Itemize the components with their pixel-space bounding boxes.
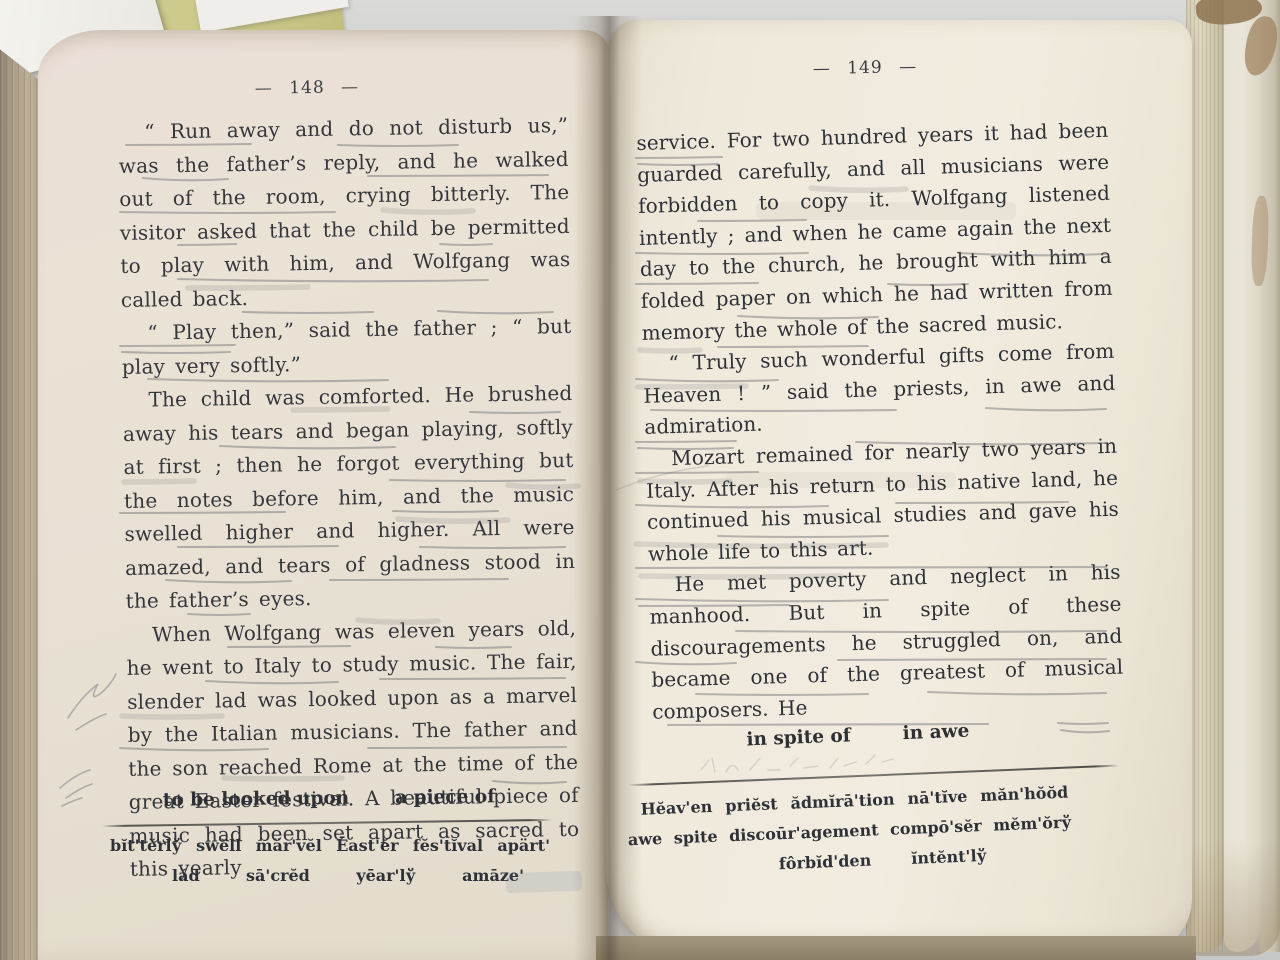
right-page: — 149 — service. For two hundred years i… — [606, 20, 1192, 950]
fore-edge-corner-shade — [1186, 840, 1280, 956]
vocab-word: Hĕav'en — [640, 797, 712, 819]
vocab-row: bĭt'tĕrlў swĕll mär'vĕl Ēast'ĕr fĕs'tĭva… — [110, 836, 550, 855]
phrase-item: to be looked upon — [163, 788, 350, 811]
story-paragraph: “ Run away and do not disturb us,” was t… — [118, 109, 571, 317]
right-page-text: service. For two hundred years it had be… — [636, 115, 1125, 728]
vocab-word: lăd — [172, 866, 200, 885]
left-page: — 148 — “ Run away and do not disturb us… — [38, 30, 608, 960]
vocab-word: swĕll — [196, 836, 241, 855]
vocab-word: ĭntĕnt'lў — [911, 846, 987, 868]
phrase-item: a piece of — [395, 786, 495, 808]
vocab-word: spite — [673, 827, 718, 848]
vocab-word: ădmĭrā'tion — [790, 790, 895, 813]
story-paragraph: Mozart remained for nearly two years in … — [645, 431, 1120, 571]
vocab-word: compō'sĕr — [890, 816, 982, 839]
left-page-text: “ Run away and do not disturb us,” was t… — [118, 109, 580, 886]
vocab-word: mär'vĕl — [256, 836, 322, 855]
story-paragraph: “ Play then,” said the father ; “ but pl… — [121, 310, 572, 384]
pencil-annotation — [68, 674, 116, 730]
vocab-word: apärt' — [497, 836, 550, 855]
bottom-page-shadow — [596, 936, 1196, 960]
page-number-149: — 149 — — [572, 52, 1158, 84]
vocab-row: fôrbĭd'den ĭntĕnt'lў — [779, 846, 988, 873]
vocab-word: priĕst — [725, 794, 778, 815]
vocab-word: yēar'lў — [356, 866, 416, 885]
vocab-row: awe spite discoūr'agement compō'sĕr mĕm'… — [627, 812, 1071, 849]
story-paragraph: He met poverty and neglect in his manhoo… — [648, 557, 1124, 728]
phrase-item: in spite of — [746, 725, 851, 750]
book-photo: — 148 — “ Run away and do not disturb us… — [0, 0, 1280, 960]
vocab-word: măn'hŏŏd — [980, 783, 1069, 806]
story-paragraph: “ Truly such wonderful gifts come from H… — [642, 336, 1116, 444]
faded-stamp-smudge — [506, 871, 583, 894]
vocab-word: awe — [627, 829, 662, 849]
vocab-row: Hĕav'en priĕst ădmĭrā'tion nā'tĭve măn'h… — [640, 783, 1068, 819]
page-number-148: — 148 — — [22, 74, 592, 102]
story-paragraph: The child was comforted. He brushed away… — [122, 377, 576, 619]
story-paragraph: service. For two hundred years it had be… — [636, 115, 1114, 349]
pencil-annotation-katakana — [701, 755, 893, 772]
vocab-word: fôrbĭd'den — [779, 851, 872, 874]
right-page-stack-rim — [1260, 0, 1280, 952]
phrase-item: in awe — [902, 721, 969, 745]
vocab-word: Ēast'ĕr — [336, 836, 398, 855]
vocab-word: bĭt'tĕrlў — [110, 836, 182, 855]
vocab-word: fĕs'tĭval — [413, 836, 483, 855]
right-page-stack-outer — [1224, 0, 1260, 952]
vocab-word: sā'crĕd — [246, 866, 310, 885]
vocab-word: mĕm'ŏrў — [993, 812, 1072, 834]
vocab-row: lăd sā'crĕd yēar'lў amāze' — [172, 866, 524, 885]
vocab-word: discoūr'agement — [729, 820, 879, 845]
vocab-word: nā'tĭve — [907, 787, 968, 808]
